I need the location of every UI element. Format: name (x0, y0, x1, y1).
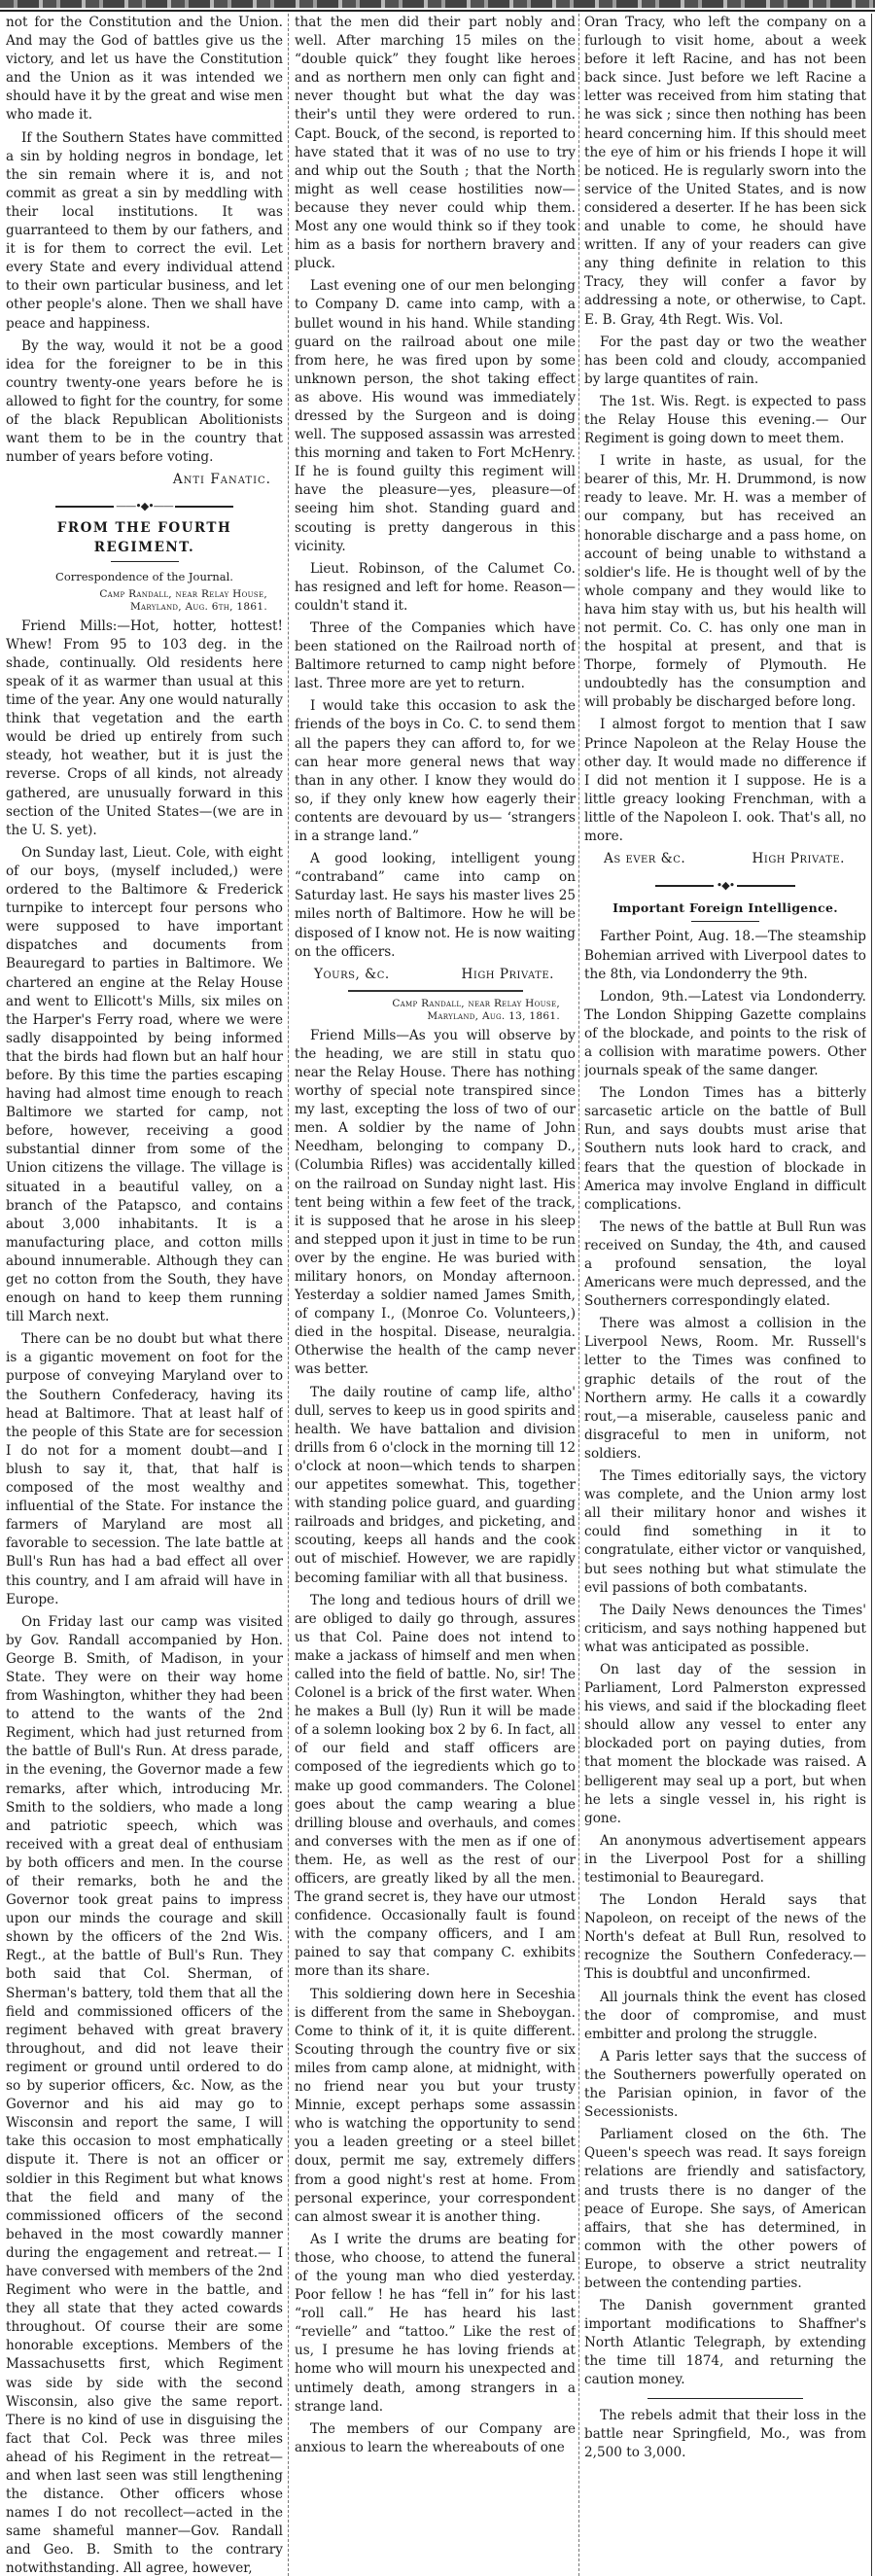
paragraph: This soldiering down here in Seceshia is… (295, 1986, 576, 2227)
paragraph: I almost forgot to mention that I saw Pr… (584, 716, 866, 846)
paragraph: By the way, would it not be a good idea … (6, 337, 283, 468)
paragraph: A Paris letter says that the success of … (584, 2048, 866, 2122)
page-top-border (0, 0, 875, 8)
paragraph: Friend Mills:—Hot, hotter, hottest! Whew… (6, 618, 283, 840)
paragraph: The rebels admit that their loss in the … (584, 2407, 866, 2462)
paragraph: There was almost a collision in the Live… (584, 1315, 866, 1464)
paragraph: Oran Tracy, who left the company on a fu… (584, 14, 866, 330)
column-1: not for the Constitution and the Union. … (6, 14, 283, 2576)
paragraph: Lieut. Robinson, of the Calumet Co. has … (295, 560, 576, 616)
divider-rule (348, 990, 523, 992)
column-divider (578, 14, 579, 2576)
paragraph: The London Herald says that Napoleon, on… (584, 1891, 866, 1984)
signature: High Private. (462, 966, 554, 984)
signature: Anti Fanatic. (6, 471, 283, 489)
paragraph: On Friday last our camp was visited by G… (6, 1613, 283, 2576)
closing: Yours, &c. (314, 966, 390, 984)
paragraph: On last day of the session in Parliament… (584, 1661, 866, 1828)
paragraph: The members of our Company are anxious t… (295, 2420, 576, 2457)
paragraph: Parliament closed on the 6th. The Queen'… (584, 2126, 866, 2293)
section-heading: Important Foreign Intelligence. (584, 899, 866, 917)
short-rule (111, 561, 179, 562)
paragraph: not for the Constitution and the Union. … (6, 14, 283, 125)
short-rule (691, 921, 759, 922)
paragraph: For the past day or two the weather has … (584, 334, 866, 389)
paragraph: I would take this occasion to ask the fr… (295, 697, 576, 846)
closing: As ever &c. (604, 850, 685, 868)
ornamental-divider: •◆• (584, 876, 866, 895)
column-3: Oran Tracy, who left the company on a fu… (584, 14, 866, 2576)
signature-line: As ever &c. High Private. (584, 850, 866, 868)
paragraph: The news of the battle at Bull Run was r… (584, 1218, 866, 1311)
column-divider (871, 14, 872, 2576)
paragraph: The 1st. Wis. Regt. is expected to pass … (584, 393, 866, 448)
paragraph: If the Southern States have committed a … (6, 129, 283, 334)
paragraph: There can be no doubt but what there is … (6, 1330, 283, 1608)
correspondence-note: Correspondence of the Journal. (6, 568, 283, 586)
paragraph: The Daily News denounces the Times' crit… (584, 1602, 866, 1657)
paragraph: I write in haste, as usual, for the bear… (584, 452, 866, 712)
paragraph: Three of the Companies which have been s… (295, 619, 576, 693)
paragraph: The Times editorially says, the victory … (584, 1467, 866, 1598)
paragraph: The Danish government granted important … (584, 2297, 866, 2389)
paragraph: As I write the drums are beating for tho… (295, 2231, 576, 2417)
paragraph: that the men did their part nobly and we… (295, 14, 576, 273)
paragraph: The long and tedious hours of drill we a… (295, 1592, 576, 1982)
paragraph: A good looking, intelligent young “contr… (295, 850, 576, 962)
paragraph: Friend Mills—As you will observe by the … (295, 1027, 576, 1380)
signature-line: Yours, &c. High Private. (295, 966, 576, 984)
column-divider (288, 14, 289, 2576)
dateline: Camp Randall, near Relay House, Maryland… (295, 998, 576, 1023)
paragraph: The London Times has a bitterly sarcaset… (584, 1084, 866, 1215)
column-2: that the men did their part nobly and we… (295, 14, 576, 2576)
paragraph: The daily routine of camp life, altho' d… (295, 1384, 576, 1588)
signature: High Private. (752, 850, 845, 868)
paragraph: All journals think the event has closed … (584, 1989, 866, 2044)
ornamental-divider: ——•◆•—— (6, 497, 283, 515)
paragraph: Farther Point, Aug. 18.—The steamship Bo… (584, 928, 866, 983)
paragraph: An anonymous advertisement appears in th… (584, 1832, 866, 1888)
paragraph: Last evening one of our men belonging to… (295, 277, 576, 555)
paragraph: London, 9th.—Latest via Londonderry. The… (584, 988, 866, 1080)
paragraph: On Sunday last, Lieut. Cole, with eight … (6, 844, 283, 1326)
divider-rule (647, 2398, 803, 2399)
section-heading: FROM THE FOURTH REGIMENT. (6, 519, 283, 556)
page-top-rule (0, 10, 875, 12)
dateline: Camp Randall, near Relay House, Maryland… (6, 588, 283, 614)
